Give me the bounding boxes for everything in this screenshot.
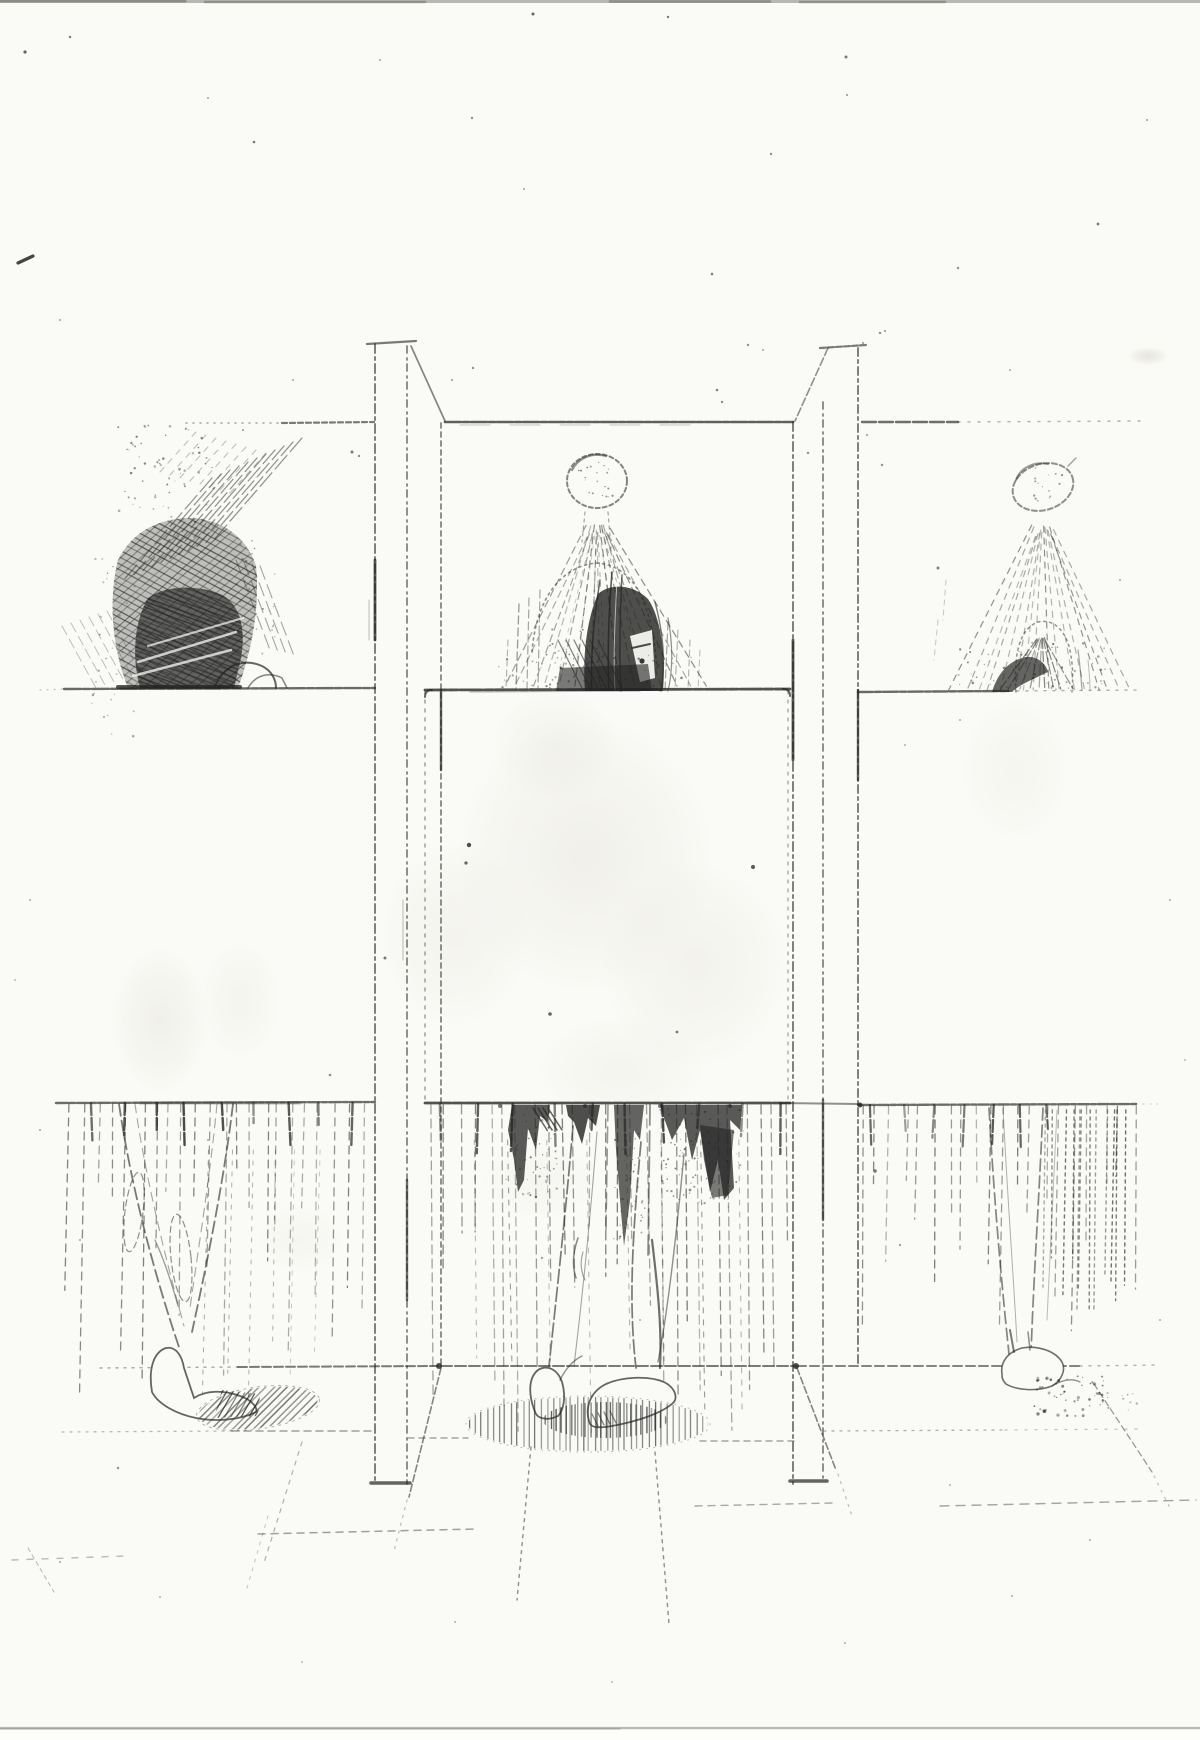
scanned-manga-page (0, 0, 1200, 1740)
left-post-cap (367, 341, 416, 344)
leg-crossing-line (155, 1240, 178, 1306)
left-wall-top-edge (40, 689, 64, 690)
tile-joint-diagonal (517, 1447, 531, 1600)
leg-outline (1031, 1108, 1043, 1356)
front-streak (698, 650, 700, 690)
shower-head-speckle (1024, 467, 1064, 501)
paper-smudge (255, 1205, 345, 1275)
hair-strand (1088, 660, 1090, 690)
water-right (862, 1105, 1136, 1331)
bottom-strip (0, 1730, 1200, 1740)
paper-smudge (960, 695, 1070, 845)
spray-speckle-cloud (117, 425, 214, 523)
shower-head-shading (572, 455, 606, 470)
ankle-mark (1010, 1330, 1014, 1352)
paper-smudge (200, 940, 280, 1060)
stud-floor-diagonal (797, 1368, 836, 1470)
pencil-flick (18, 256, 33, 263)
arm-arc (248, 675, 287, 688)
tile-joint-diagonal (1094, 1384, 1152, 1472)
paper-smudge (112, 945, 208, 1095)
floor-front-dashes (258, 1529, 476, 1534)
floor-front-dashes (940, 1500, 1196, 1506)
stray-spray-dash (943, 580, 946, 620)
floor-back-line (238, 1366, 438, 1367)
calf-dark-edge (652, 1240, 661, 1368)
wet-hair-cluster (614, 1105, 644, 1246)
right-wall-top-edge (1008, 690, 1142, 691)
shower-head-speckle (578, 462, 614, 498)
floor-front-dashes (12, 1556, 125, 1560)
left-figure (0, 325, 446, 884)
tile-joint-diagonal (28, 1548, 54, 1592)
board-corner (783, 689, 790, 696)
board-bottom-behind-post (780, 1103, 858, 1104)
wet-hair-cluster (566, 1105, 600, 1144)
shower-head-shading (1016, 463, 1048, 480)
right-post-cap (820, 345, 866, 348)
paper-smudge (480, 1140, 600, 1220)
front-streak (665, 622, 668, 690)
hair-strand (668, 618, 672, 691)
top-rail (958, 421, 1142, 422)
right-post-cap-diagonal (795, 348, 828, 421)
stud-floor-diagonal (838, 1474, 852, 1516)
calf-highlight (166, 1213, 195, 1303)
tile-joint-diagonal (1154, 1476, 1170, 1508)
shower-stem (1068, 458, 1076, 466)
eye-mark (639, 658, 644, 663)
right-wall-top-edge (858, 691, 1008, 692)
shower-drip (582, 512, 585, 542)
leg-outline (658, 1154, 684, 1362)
floor-back-line (1080, 1365, 1158, 1366)
floor-tile-line (62, 1431, 232, 1432)
drip-marks (91, 1103, 353, 1146)
front-streak (516, 604, 519, 688)
front-streak (675, 630, 678, 690)
under-edge-specks (91, 693, 135, 738)
legs-left (108, 1104, 411, 1561)
sketch-canvas (0, 0, 1200, 1740)
legs-right (989, 1108, 1138, 1417)
floor-tile-line (1005, 1429, 1140, 1430)
floor-tile-line (824, 1430, 1005, 1431)
tile-joint-diagonal (247, 1516, 268, 1588)
water-puddle-hatch (331, 1287, 847, 1564)
right-figure (934, 456, 1130, 692)
leg-outline (1003, 1108, 1017, 1342)
right-wall-bottom-edge (858, 1104, 1136, 1105)
paper-smudge (1128, 347, 1168, 365)
foot-shadow-hatch (108, 1258, 411, 1561)
calf-highlight (120, 1171, 148, 1253)
stud-floor-diagonal (409, 1368, 441, 1497)
floor-front-dashes (695, 1503, 832, 1506)
tile-joint-diagonal (263, 1442, 302, 1566)
hair-strand (1078, 650, 1082, 690)
tile-joint-diagonal (655, 1452, 669, 1624)
board-corner (425, 690, 432, 697)
stray-spray-dash (934, 620, 938, 660)
paper-smudge (490, 690, 620, 800)
ankle-mark (560, 1356, 582, 1380)
edge-dark-clump (556, 664, 652, 691)
drip-marks (870, 1105, 1048, 1148)
left-post-cap-diagonal (411, 346, 445, 421)
middle-figure (498, 454, 706, 691)
calf-curve-mark (574, 1238, 578, 1278)
stud-floor-diagonal (394, 1500, 407, 1551)
top-rail (282, 422, 374, 423)
front-streak (527, 598, 529, 688)
leg-outline (632, 1142, 641, 1368)
